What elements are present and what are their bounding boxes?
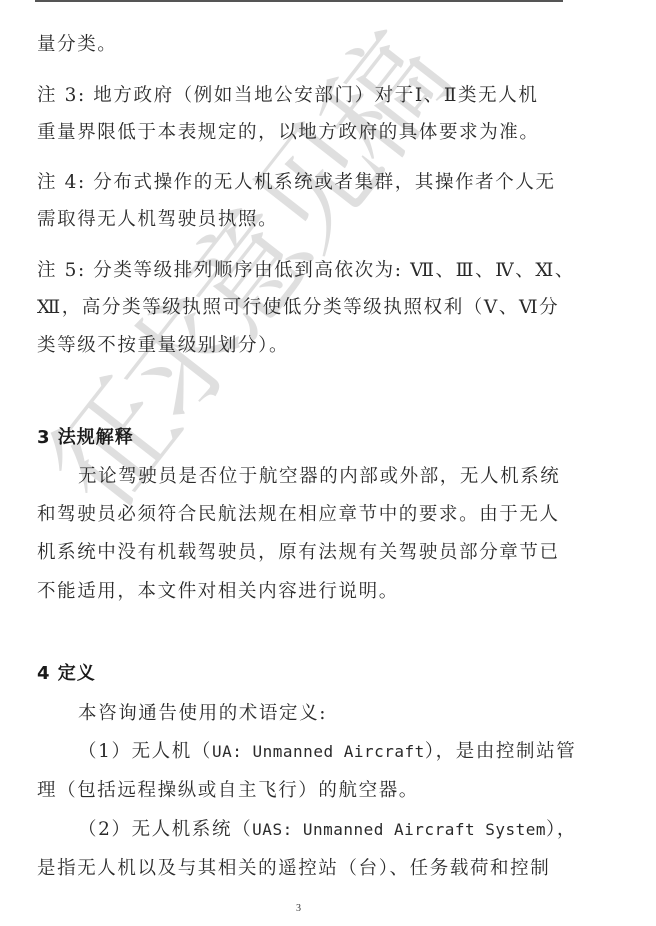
section-4-intro: 本咨询通告使用的术语定义: — [78, 702, 327, 726]
section-3-body-line-2: 和驾驶员必须符合民航法规在相应章节中的要求。由于无人 — [37, 503, 560, 527]
definition-1-prefix: （1）无人机（ — [78, 741, 212, 762]
note-4-line-2: 需取得无人机驾驶员执照。 — [37, 208, 278, 232]
definition-2-suffix: ）， — [546, 819, 577, 840]
section-3-body-line-3: 机系统中没有机载驾驶员，原有法规有关驾驶员部分章节已 — [37, 541, 560, 565]
definition-1-suffix: ），是由控制站管 — [425, 741, 577, 762]
paragraph-tail: 量分类。 — [37, 33, 117, 57]
section-4-heading: 4 定义 — [37, 662, 96, 686]
definition-2-line-2: 是指无人机以及与其相关的遥控站（台）、任务载荷和控制 — [37, 857, 550, 881]
page-number: 3 — [296, 903, 301, 914]
note-5-line-1: 注 5: 分类等级排列顺序由低到高依次为: Ⅶ、Ⅲ、Ⅳ、Ⅺ、 — [37, 259, 575, 283]
definition-1-line-1: （1）无人机（UA: Unmanned Aircraft），是由控制站管 — [78, 740, 576, 764]
note-4-line-1: 注 4: 分布式操作的无人机系统或者集群，其操作者个人无 — [37, 171, 556, 195]
definition-1-line-2: 理（包括远程操纵或自主飞行）的航空器。 — [37, 779, 419, 803]
section-3-body-line-4: 不能适用，本文件对相关内容进行说明。 — [37, 580, 399, 604]
header-rule — [35, 0, 563, 2]
section-3-body-line-1: 无论驾驶员是否位于航空器的内部或外部，无人机系统 — [78, 465, 560, 489]
definition-2-term: UAS: Unmanned Aircraft System — [252, 820, 546, 839]
note-5-line-3: 类等级不按重量级别划分）。 — [37, 334, 289, 358]
definition-1-term: UA: Unmanned Aircraft — [212, 742, 425, 761]
definition-2-line-1: （2）无人机系统（UAS: Unmanned Aircraft System）， — [78, 818, 577, 842]
note-3-line-1: 注 3: 地方政府（例如当地公安部门）对于Ⅰ、Ⅱ类无人机 — [37, 84, 538, 108]
note-3-line-2: 重量界限低于本表规定的，以地方政府的具体要求为准。 — [37, 121, 540, 145]
section-3-heading: 3 法规解释 — [37, 426, 134, 450]
note-5-line-2: Ⅻ，高分类等级执照可行使低分类等级执照权利（Ⅴ、Ⅵ分 — [37, 296, 559, 320]
definition-2-prefix: （2）无人机系统（ — [78, 819, 252, 840]
